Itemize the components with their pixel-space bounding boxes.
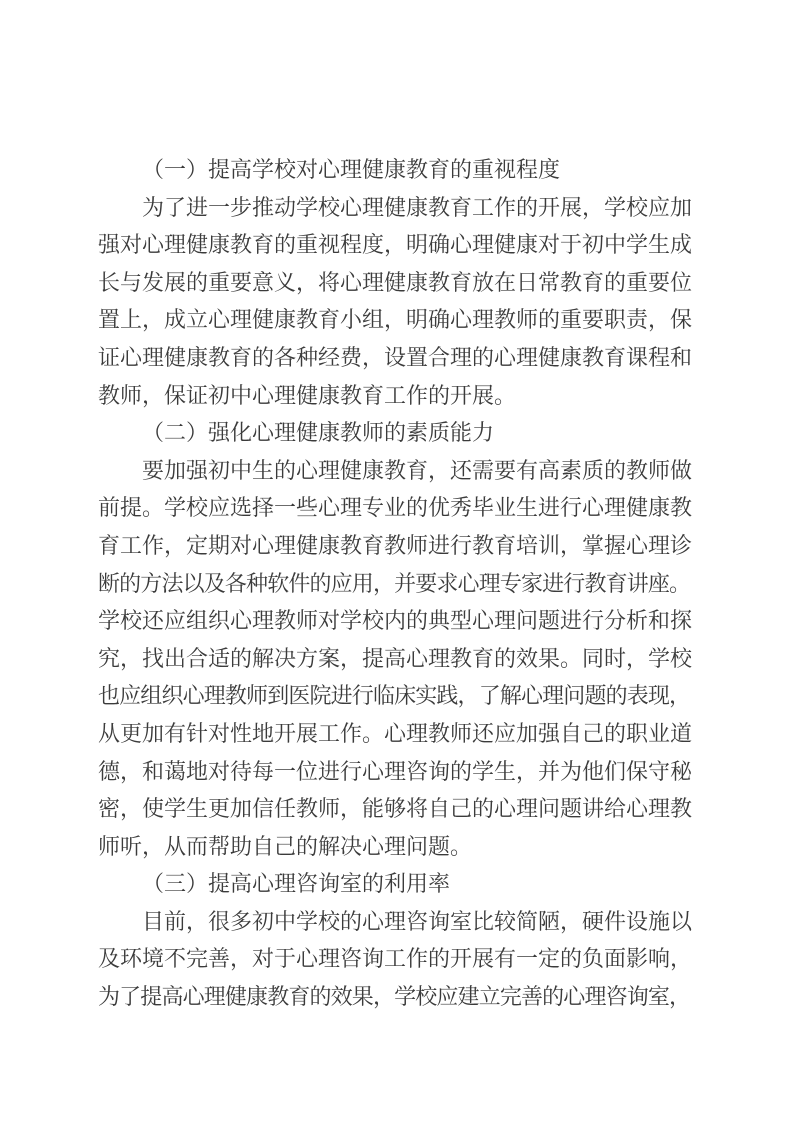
text-line: 也应组织心理教师到医院进行临床实践，了解心理问题的表现，: [98, 677, 694, 715]
text-line: 教师，保证初中心理健康教育工作的开展。: [98, 377, 694, 415]
text-line: 育工作，定期对心理健康教育教师进行教育培训，掌握心理诊: [98, 527, 694, 565]
text-line: 究，找出合适的解决方案，提高心理教育的效果。同时，学校: [98, 640, 694, 678]
section-heading: （三）提高心理咨询室的利用率: [98, 865, 694, 903]
text-line: 学校还应组织心理教师对学校内的典型心理问题进行分析和探: [98, 602, 694, 640]
text-line: 为了进一步推动学校心理健康教育工作的开展，学校应加: [98, 189, 694, 227]
text-line: 断的方法以及各种软件的应用，并要求心理专家进行教育讲座。: [98, 565, 694, 603]
text-line: 及环境不完善，对于心理咨询工作的开展有一定的负面影响，: [98, 940, 694, 978]
text-line: 置上，成立心理健康教育小组，明确心理教师的重要职责，保: [98, 301, 694, 339]
text-line: 长与发展的重要意义，将心理健康教育放在日常教育的重要位: [98, 264, 694, 302]
text-line: 前提。学校应选择一些心理专业的优秀毕业生进行心理健康教: [98, 489, 694, 527]
text-line: 密，使学生更加信任教师，能够将自己的心理问题讲给心理教: [98, 790, 694, 828]
text-line: 证心理健康教育的各种经费，设置合理的心理健康教育课程和: [98, 339, 694, 377]
section-heading: （二）强化心理健康教师的素质能力: [98, 414, 694, 452]
text-line: 从更加有针对性地开展工作。心理教师还应加强自己的职业道: [98, 715, 694, 753]
text-line: 强对心理健康教育的重视程度，明确心理健康对于初中学生成: [98, 226, 694, 264]
text-block: （一）提高学校对心理健康教育的重视程度为了进一步推动学校心理健康教育工作的开展，…: [98, 151, 694, 1016]
section-heading: （一）提高学校对心理健康教育的重视程度: [98, 151, 694, 189]
text-line: 要加强初中生的心理健康教育，还需要有高素质的教师做: [98, 452, 694, 490]
text-line: 师听，从而帮助自己的解决心理问题。: [98, 828, 694, 866]
text-line: 德，和蔼地对待每一位进行心理咨询的学生，并为他们保守秘: [98, 753, 694, 791]
document-page: （一）提高学校对心理健康教育的重视程度为了进一步推动学校心理健康教育工作的开展，…: [0, 0, 793, 1122]
text-line: 目前，很多初中学校的心理咨询室比较简陋，硬件设施以: [98, 903, 694, 941]
text-line: 为了提高心理健康教育的效果，学校应建立完善的心理咨询室，: [98, 978, 694, 1016]
